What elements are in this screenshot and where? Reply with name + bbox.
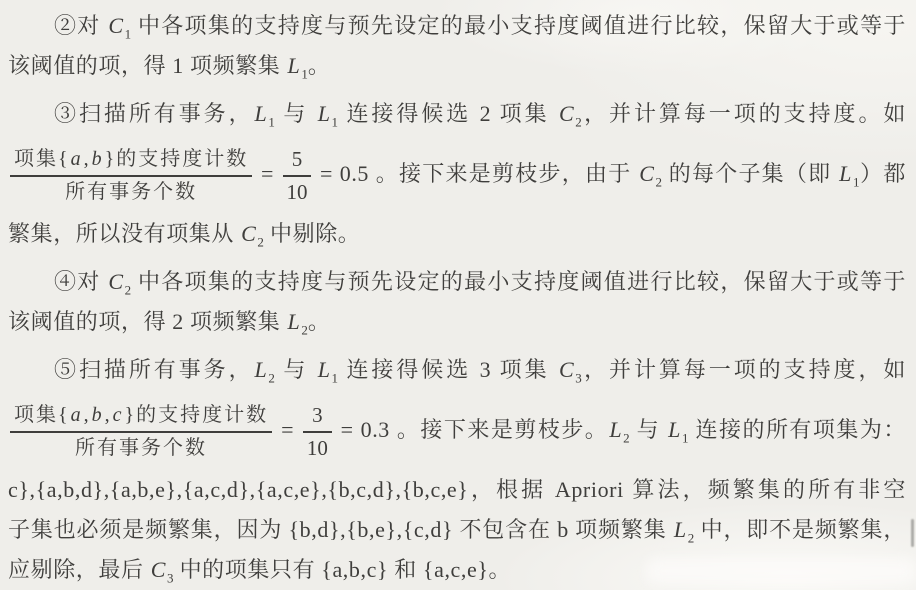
text-run: 项集{ bbox=[14, 148, 70, 170]
text-run: 中剔除。 bbox=[264, 221, 361, 246]
scanned-page: { "page": { "background_color": "#efeeea… bbox=[0, 0, 916, 590]
math-variable: L bbox=[673, 517, 688, 542]
text-run: 中的项集只有 {a,b,c} 和 {a,c,e}。 bbox=[173, 557, 511, 582]
text-run: 连接得候选 3 项集 bbox=[338, 357, 558, 382]
text-run: ⑤扫描所有事务， bbox=[54, 357, 254, 382]
text-line: c},{a,b,d},{a,b,e},{a,c,d},{a,c,e},{b,c,… bbox=[8, 470, 906, 510]
math-variable: a bbox=[70, 148, 84, 170]
text-run: 与 bbox=[630, 417, 667, 442]
text-run: }的支持度计数 bbox=[125, 404, 269, 426]
math-variable: b bbox=[91, 148, 105, 170]
text-run: }的支持度计数 bbox=[105, 148, 249, 170]
text-run: ③扫描所有事务， bbox=[54, 101, 254, 126]
text-line: 子集也必须是频繁集，因为 {b,d},{b,e},{c,d} 不包含在 b 项频… bbox=[8, 510, 906, 550]
text-run: ④对 bbox=[54, 269, 107, 294]
text-line: 该阈值的项，得 2 项频繁集 L2。 bbox=[8, 302, 906, 342]
fraction-numerator: 项集{a,b}的支持度计数 bbox=[10, 147, 252, 177]
text-run: 所有事务个数 bbox=[75, 437, 207, 459]
fraction: 项集{a,b}的支持度计数所有事务个数 bbox=[10, 147, 252, 205]
fraction-denominator: 所有事务个数 bbox=[10, 433, 272, 461]
text-run: 该阈值的项，得 1 项频繁集 bbox=[8, 53, 287, 78]
math-variable: L bbox=[287, 53, 302, 78]
text-run: 中，即不是频繁集， bbox=[694, 517, 906, 542]
math-variable: L bbox=[254, 357, 269, 382]
fraction-numerator: 5 bbox=[283, 146, 312, 177]
fraction-denominator: 10 bbox=[303, 433, 332, 461]
text-run: ，并计算每一项的支持度。如 bbox=[582, 101, 906, 126]
text-line: 繁集，所以没有项集从 C2 中剔除。 bbox=[8, 214, 906, 254]
math-variable: L bbox=[317, 101, 332, 126]
text-run: 应剔除，最后 bbox=[8, 557, 150, 582]
text-run: 中各项集的支持度与预先设定的最小支持度阈值进行比较，保留大于或等于 bbox=[131, 269, 906, 294]
fraction: 项集{a,b,c}的支持度计数所有事务个数 bbox=[10, 403, 272, 461]
text-run: = 0.3 。接下来是剪枝步。 bbox=[334, 417, 609, 442]
text-line: 项集{a,b,c}的支持度计数所有事务个数 = 310 = 0.3 。接下来是剪… bbox=[8, 390, 906, 470]
math-variable: L bbox=[287, 309, 302, 334]
text-run: ②对 bbox=[54, 13, 107, 38]
text-run: 项集{ bbox=[14, 404, 70, 426]
math-variable: L bbox=[838, 161, 853, 186]
scan-light-patch bbox=[646, 558, 916, 584]
document-page: ②对 C1 中各项集的支持度与预先设定的最小支持度阈值进行比较，保留大于或等于该… bbox=[0, 0, 916, 590]
scan-edge-mark bbox=[911, 519, 914, 547]
fraction-numerator: 项集{a,b,c}的支持度计数 bbox=[10, 403, 272, 433]
fraction: 510 bbox=[283, 146, 312, 206]
math-variable: L bbox=[254, 101, 269, 126]
text-run: 子集也必须是频繁集，因为 {b,d},{b,e},{c,d} 不包含在 b 项频… bbox=[8, 517, 673, 542]
text-line: 项集{a,b}的支持度计数所有事务个数 = 510 = 0.5 。接下来是剪枝步… bbox=[8, 134, 906, 214]
text-run: 所有事务个数 bbox=[65, 181, 197, 203]
math-variable: C bbox=[638, 161, 655, 186]
text-line: 该阈值的项，得 1 项频繁集 L1。 bbox=[8, 46, 906, 86]
math-variable: C bbox=[558, 357, 575, 382]
text-run: 5 bbox=[292, 147, 303, 171]
text-run: 与 bbox=[275, 357, 317, 382]
math-variable: L bbox=[667, 417, 682, 442]
text-run: 。 bbox=[308, 309, 331, 334]
math-variable: a bbox=[70, 404, 84, 426]
text-line: ②对 C1 中各项集的支持度与预先设定的最小支持度阈值进行比较，保留大于或等于 bbox=[8, 6, 906, 46]
text-run: 繁集，所以没有项集从 bbox=[8, 221, 240, 246]
math-variable: C bbox=[150, 557, 167, 582]
text-run: = bbox=[254, 161, 281, 186]
text-run: , bbox=[105, 404, 112, 426]
fraction-numerator: 3 bbox=[303, 402, 332, 433]
math-variable: b bbox=[91, 404, 105, 426]
text-run: 与 bbox=[275, 101, 317, 126]
fraction-denominator: 所有事务个数 bbox=[10, 177, 252, 205]
math-variable: L bbox=[608, 417, 623, 442]
text-run: 中各项集的支持度与预先设定的最小支持度阈值进行比较，保留大于或等于 bbox=[131, 13, 906, 38]
math-variable: L bbox=[317, 357, 332, 382]
fraction-denominator: 10 bbox=[283, 177, 312, 205]
fraction: 310 bbox=[303, 402, 332, 462]
math-variable: C bbox=[107, 269, 124, 294]
text-run: 该阈值的项，得 2 项频繁集 bbox=[8, 309, 287, 334]
text-run: = bbox=[274, 417, 301, 442]
text-line: ④对 C2 中各项集的支持度与预先设定的最小支持度阈值进行比较，保留大于或等于 bbox=[8, 262, 906, 302]
text-line: ⑤扫描所有事务，L2 与 L1 连接得候选 3 项集 C3，并计算每一项的支持度… bbox=[8, 350, 906, 390]
math-variable: c bbox=[112, 404, 125, 426]
text-run: 3 bbox=[312, 403, 323, 427]
text-run: 10 bbox=[286, 180, 307, 204]
text-run: 。 bbox=[308, 53, 331, 78]
math-variable: C bbox=[107, 13, 124, 38]
math-variable: C bbox=[240, 221, 257, 246]
text-run: c},{a,b,d},{a,b,e},{a,c,d},{a,c,e},{b,c,… bbox=[8, 477, 906, 502]
math-variable: C bbox=[558, 101, 575, 126]
text-line: ③扫描所有事务，L1 与 L1 连接得候选 2 项集 C2，并计算每一项的支持度… bbox=[8, 94, 906, 134]
text-run: = 0.5 。接下来是剪枝步，由于 bbox=[313, 161, 638, 186]
text-run: , bbox=[84, 148, 91, 170]
text-run: 10 bbox=[307, 436, 328, 460]
text-run: , bbox=[84, 404, 91, 426]
text-run: 连接得候选 2 项集 bbox=[338, 101, 558, 126]
text-run: ，并计算每一项的支持度，如 bbox=[582, 357, 906, 382]
text-run: 的每个子集（即 bbox=[662, 161, 838, 186]
